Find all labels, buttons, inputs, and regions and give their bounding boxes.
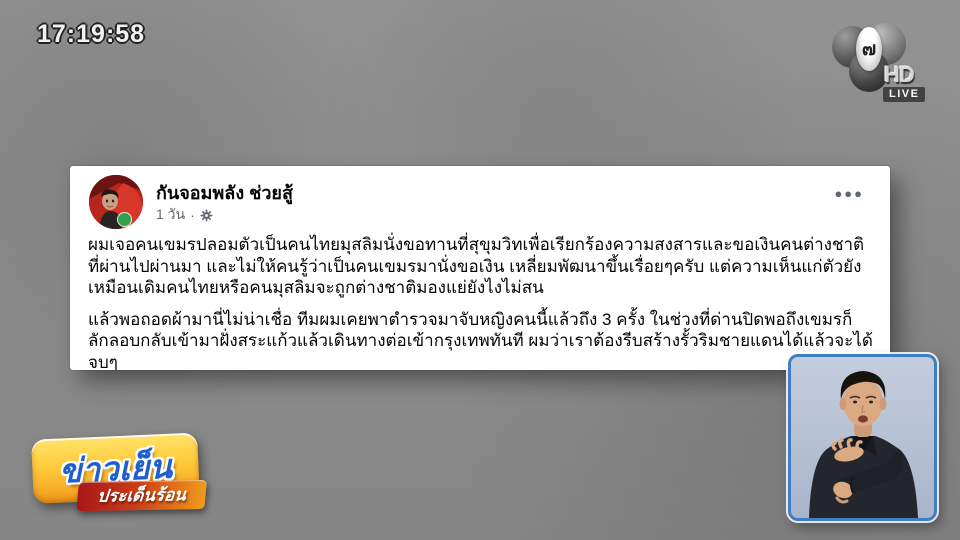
facebook-post-card: กันจอมพลัง ช่วยสู้ 1 วัน ·: [70, 166, 890, 370]
online-status-dot: [118, 213, 131, 226]
privacy-gear-icon: [200, 209, 213, 222]
hd-label: HD: [884, 62, 914, 88]
avatar-photo: [89, 175, 143, 229]
author-avatar[interactable]: [89, 175, 143, 229]
post-text: ผมเจอคนเขมรปลอมตัวเป็นคนไทยมุสลิมนั่งขอท…: [88, 234, 874, 370]
more-options-button[interactable]: ●●●: [834, 186, 864, 201]
program-logo: ข่าวเย็น ประเด็นร้อน: [31, 432, 207, 529]
program-subtitle-ribbon: ประเด็นร้อน: [76, 480, 207, 511]
post-meta: 1 วัน ·: [156, 204, 213, 226]
channel7-logo: ๗ HD LIVE: [828, 14, 948, 109]
post-paragraph-2: แล้วพอถอดผ้ามานี่ไม่น่าเชื่อ ทีมผมเคยพาต…: [88, 309, 874, 371]
post-age: 1 วัน: [156, 204, 185, 226]
channel7-number: ๗: [862, 34, 876, 64]
post-paragraph-1: ผมเจอคนเขมรปลอมตัวเป็นคนไทยมุสลิมนั่งขอท…: [88, 234, 874, 299]
interpreter-figure: [791, 357, 934, 518]
channel7-number-ellipse: ๗: [856, 27, 882, 71]
author-name-link[interactable]: กันจอมพลัง ช่วยสู้: [156, 178, 293, 207]
broadcast-frame: 17:19:58 ๗ HD LIVE: [0, 0, 960, 540]
meta-separator: ·: [190, 207, 195, 223]
broadcast-timestamp: 17:19:58: [37, 20, 145, 49]
live-badge: LIVE: [883, 87, 925, 102]
facebook-post-header: กันจอมพลัง ช่วยสู้ 1 วัน ·: [70, 166, 890, 236]
program-subtitle: ประเด็นร้อน: [96, 481, 187, 510]
sign-language-interpreter-box: [788, 354, 937, 521]
